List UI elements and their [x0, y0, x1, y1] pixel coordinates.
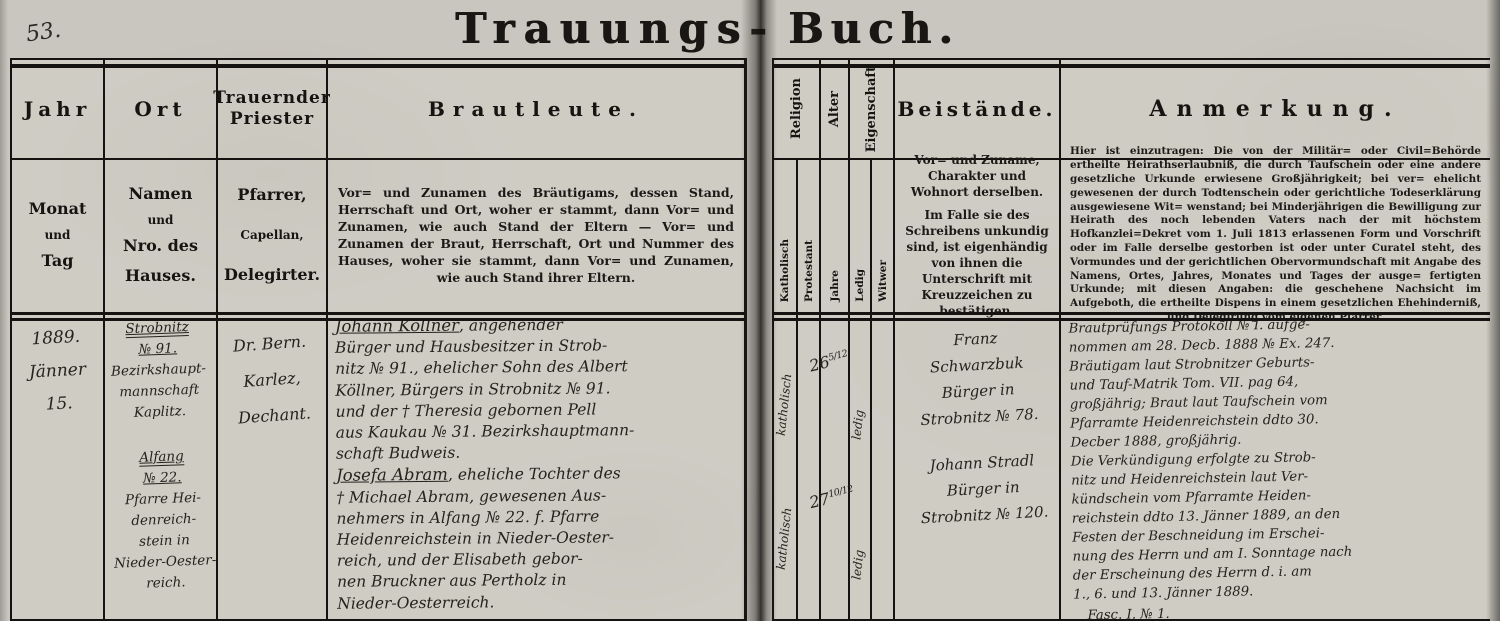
left-page-table: Jahr Ort Trauernder Priester Brautleute.…: [10, 58, 747, 621]
subheader-beistaende-desc: Vor= und Zuname, Charakter und Wohnort d…: [895, 160, 1061, 310]
entry-alter-col: 265/12 2710/12: [821, 310, 850, 619]
entry-priester-cell: Dr. Bern.Karlez,Dechant.: [218, 310, 328, 619]
entry-witnesses: FranzSchwarzbukBürger inStrobnitz № 78. …: [898, 322, 1062, 532]
entry-beistaende-cell: FranzSchwarzbukBürger inStrobnitz № 78. …: [895, 310, 1061, 619]
ort-groom-place: Strobnitz № 91. Bezirkshaupt-mannschaftK…: [104, 316, 213, 425]
entry-date-cell: 1889.Jänner15.: [12, 310, 105, 619]
right-header-divider: [774, 312, 1490, 321]
bride-religion: katholisch: [774, 470, 798, 571]
subheader-katholisch: Katholisch: [774, 160, 798, 310]
bride-lines: † Michael Abram, gewesenen Aus-nehmers i…: [336, 484, 741, 615]
entry-religion-col: katholisch katholisch: [774, 310, 798, 619]
col-header-alter: Alter: [821, 60, 850, 160]
register-scan: 53. Trauungs- Buch. Jahr Ort Trauernder …: [0, 0, 1500, 621]
col-header-eigenschaft: Eigenschaft: [850, 60, 895, 160]
subheader-pfarrer: Pfarrer,Capellan,Delegirter.: [218, 160, 328, 310]
groom-status: ledig: [849, 350, 872, 441]
subheader-witwer: Witwer: [872, 160, 895, 310]
subheader-brautleute-desc: Vor= und Zunamen des Bräutigams, dessen …: [328, 160, 744, 310]
book-title-left: Trauungs-: [455, 4, 776, 53]
col-header-ort: Ort: [105, 60, 218, 160]
right-page-table: Religion Alter Eigenschaft Beistände. An…: [772, 58, 1490, 621]
subheader-ledig: Ledig: [850, 160, 872, 310]
entry-ledig-col: ledig ledig: [850, 310, 872, 619]
page-edge-left: [0, 0, 8, 621]
groom-religion: katholisch: [774, 336, 798, 437]
entry-anmerkung: Brautprüfungs Protokoll № I. aufge-nomme…: [1068, 312, 1486, 621]
ort-bride-place: Alfang № 22. Pfarre Hei-denreich-stein i…: [109, 445, 219, 596]
subheader-anmerkung-desc: Hier ist einzutragen: Die von der Militä…: [1061, 160, 1490, 310]
subheader-protestant: Protestant: [798, 160, 821, 310]
entry-ort: Strobnitz № 91. Bezirkshaupt-mannschaftK…: [104, 316, 219, 595]
entry-priester: Dr. Bern.Karlez,Dechant.: [216, 323, 327, 438]
entry-date: 1889.Jänner15.: [9, 320, 105, 424]
col-header-religion: Religion: [774, 60, 821, 160]
witness-2: Johann StradlBürger inStrobnitz № 120.: [904, 446, 1062, 532]
page-edge-right: [1486, 0, 1500, 621]
witness-1: FranzSchwarzbukBürger inStrobnitz № 78.: [898, 322, 1057, 434]
bride-status: ledig: [849, 490, 872, 581]
entry-anmerkung-cell: Brautprüfungs Protokoll № I. aufge-nomme…: [1061, 310, 1490, 619]
subheader-namen-hausnr: NamenundNro. des Hauses.: [105, 160, 218, 310]
groom-lines: Bürger und Hausbesitzer in Strob-nitz № …: [335, 334, 740, 465]
entry-brautleute: Johann Köllner, angehender Bürger und Ha…: [335, 312, 742, 614]
folio-number: 53.: [24, 18, 62, 48]
col-header-priester: Trauernder Priester: [218, 60, 328, 160]
entry-witwer-col: [872, 310, 895, 619]
book-binding-gutter: [741, 0, 777, 621]
book-title-right: Buch.: [788, 4, 960, 53]
col-header-brautleute: Brautleute.: [328, 60, 744, 160]
left-header-divider: [12, 312, 744, 321]
entry-ort-cell: Strobnitz № 91. Bezirkshaupt-mannschaftK…: [105, 310, 218, 619]
subheader-monat-tag: MonatundTag: [12, 160, 105, 310]
subheader-jahre: Jahre: [821, 160, 850, 310]
col-header-jahr: Jahr: [12, 60, 105, 160]
entry-brautleute-cell: Johann Köllner, angehender Bürger und Ha…: [328, 310, 744, 619]
